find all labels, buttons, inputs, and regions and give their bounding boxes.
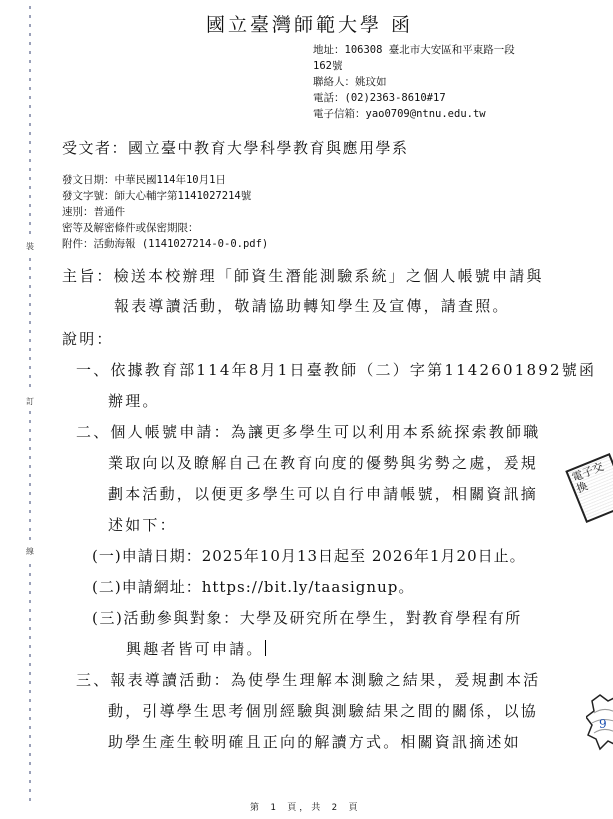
binding-dot xyxy=(29,456,31,459)
binding-marker-zhuang: 裝 xyxy=(26,241,34,252)
binding-dot xyxy=(29,699,31,702)
binding-dot xyxy=(29,564,31,567)
contact-person: 聯絡人：姚玟如 xyxy=(313,74,387,89)
binding-dot xyxy=(29,339,31,342)
binding-dot xyxy=(29,366,31,369)
item2-sub-3-line-1: (三)活動參與對象：大學及研究所在學生，對教育學程有所 xyxy=(92,607,522,628)
gear-seal-icon: 9 xyxy=(586,693,613,753)
binding-dot xyxy=(29,519,31,522)
binding-dot xyxy=(29,510,31,513)
binding-dot xyxy=(29,528,31,531)
binding-dot xyxy=(29,24,31,27)
binding-dot xyxy=(29,132,31,135)
binding-dot xyxy=(29,321,31,324)
binding-dot xyxy=(29,312,31,315)
item1-line-2: 辦理。 xyxy=(108,390,160,411)
text-cursor xyxy=(265,640,266,656)
email: 電子信箱：yao0709@ntnu.edu.tw xyxy=(313,106,486,121)
binding-dot xyxy=(29,123,31,126)
phone: 電話：(02)2363-8610#17 xyxy=(313,90,446,105)
binding-dot xyxy=(29,708,31,711)
item2-sub-2: (二)申請網址：https://bit.ly/taasignup。 xyxy=(92,576,414,597)
item2-sub-1: (一)申請日期：2025年10月13日起至 2026年1月20日止。 xyxy=(92,545,526,566)
item3-line-3: 助學生產生較明確且正向的解讀方式。相關資訊摘述如 xyxy=(108,731,521,752)
binding-dot xyxy=(29,744,31,747)
binding-dot xyxy=(29,114,31,117)
binding-dot xyxy=(29,537,31,540)
item2-line-3: 劃本活動，以便更多學生可以自行申請帳號，相關資訊摘 xyxy=(108,483,538,504)
binding-dot xyxy=(29,375,31,378)
item2-sub-3-text: 興趣者皆可申請。 xyxy=(126,640,264,658)
binding-dot xyxy=(29,618,31,621)
binding-dot xyxy=(29,258,31,261)
binding-dot xyxy=(29,105,31,108)
binding-dot xyxy=(29,645,31,648)
binding-dot xyxy=(29,141,31,144)
binding-dot xyxy=(29,384,31,387)
binding-dot xyxy=(29,51,31,54)
binding-dot xyxy=(29,276,31,279)
binding-dot xyxy=(29,411,31,414)
binding-dot xyxy=(29,474,31,477)
binding-dot xyxy=(29,159,31,162)
binding-marker-xian: 線 xyxy=(26,546,34,557)
binding-dot xyxy=(29,501,31,504)
binding-dot xyxy=(29,798,31,801)
item1-line-1: 一、依據教育部114年8月1日臺教師（二）字第1142601892號函 xyxy=(76,359,596,380)
item2-line-2: 業取向以及瞭解自己在教育向度的優勢與劣勢之處，爰規 xyxy=(108,452,538,473)
binding-dot xyxy=(29,654,31,657)
binding-dot xyxy=(29,42,31,45)
binding-dot xyxy=(29,294,31,297)
subject-line-2: 報表導讀活動，敬請協助轉知學生及宣傳，請查照。 xyxy=(114,295,510,316)
item2-line-4: 述如下： xyxy=(108,514,177,535)
binding-dot xyxy=(29,303,31,306)
binding-dot xyxy=(29,6,31,9)
binding-dot xyxy=(29,213,31,216)
issue-date: 發文日期：中華民國114年10月1日 xyxy=(62,172,226,187)
item3-line-1: 三、報表導讀活動：為使學生理解本測驗之結果，爰規劃本活 xyxy=(76,669,540,690)
binding-dot xyxy=(29,69,31,72)
binding-dot xyxy=(29,447,31,450)
binding-dot xyxy=(29,231,31,234)
address-line-1: 地址：106308 臺北市大安區和平東路一段 xyxy=(313,42,515,57)
binding-dot xyxy=(29,222,31,225)
item2-sub-3-line-2[interactable]: 興趣者皆可申請。 xyxy=(126,638,266,659)
binding-dot xyxy=(29,285,31,288)
binding-dot xyxy=(29,438,31,441)
seal-number: 9 xyxy=(599,717,607,731)
binding-dot xyxy=(29,492,31,495)
binding-dot xyxy=(29,483,31,486)
binding-dot xyxy=(29,681,31,684)
binding-dot xyxy=(29,780,31,783)
binding-dot xyxy=(29,582,31,585)
address-line-2: 162號 xyxy=(313,58,342,73)
item3-line-2: 動，引導學生思考個別經驗與測驗結果之間的關係，以協 xyxy=(108,700,538,721)
binding-dot xyxy=(29,789,31,792)
binding-dot xyxy=(29,60,31,63)
binding-dot xyxy=(29,726,31,729)
binding-dot xyxy=(29,267,31,270)
document-title: 國立臺灣師範大學 函 xyxy=(206,10,413,37)
page-indicator: 第 1 頁，共 2 頁 xyxy=(250,800,361,813)
recipient: 受文者：國立臺中教育大學科學教育與應用學系 xyxy=(62,137,409,158)
binding-dot xyxy=(29,636,31,639)
binding-dot xyxy=(29,204,31,207)
binding-dot xyxy=(29,627,31,630)
binding-dot xyxy=(29,420,31,423)
binding-dot xyxy=(29,591,31,594)
item2-line-1: 二、個人帳號申請：為讓更多學生可以利用本系統探索教師職 xyxy=(76,421,540,442)
speed: 速別：普通件 xyxy=(62,204,125,219)
binding-dot xyxy=(29,735,31,738)
binding-dot xyxy=(29,609,31,612)
binding-dot xyxy=(29,150,31,153)
binding-dot xyxy=(29,663,31,666)
binding-dot xyxy=(29,96,31,99)
binding-dot xyxy=(29,753,31,756)
binding-dot xyxy=(29,195,31,198)
subject-line-1: 主旨：檢送本校辦理「師資生潛能測驗系統」之個人帳號申請與 xyxy=(62,265,544,286)
binding-dot xyxy=(29,573,31,576)
binding-dot xyxy=(29,762,31,765)
binding-dot xyxy=(29,15,31,18)
binding-dot xyxy=(29,33,31,36)
binding-dot xyxy=(29,600,31,603)
binding-dot xyxy=(29,348,31,351)
binding-dot xyxy=(29,330,31,333)
attachment: 附件：活動海報 (1141027214-0-0.pdf) xyxy=(62,236,268,251)
binding-dot xyxy=(29,690,31,693)
confidentiality: 密等及解密條件或保密期限： xyxy=(62,220,199,235)
binding-dot xyxy=(29,186,31,189)
binding-dot xyxy=(29,87,31,90)
binding-dot xyxy=(29,357,31,360)
binding-marker-ding: 訂 xyxy=(26,396,34,407)
binding-dot xyxy=(29,672,31,675)
explanation-heading: 說明： xyxy=(62,328,114,349)
binding-dot xyxy=(29,78,31,81)
binding-dot xyxy=(29,465,31,468)
binding-dot xyxy=(29,717,31,720)
binding-dot xyxy=(29,429,31,432)
electronic-exchange-seal: 電子交換 xyxy=(565,453,613,523)
binding-dot xyxy=(29,771,31,774)
binding-dot xyxy=(29,177,31,180)
binding-dot xyxy=(29,168,31,171)
doc-number: 發文字號：師大心輔字第1141027214號 xyxy=(62,188,251,203)
